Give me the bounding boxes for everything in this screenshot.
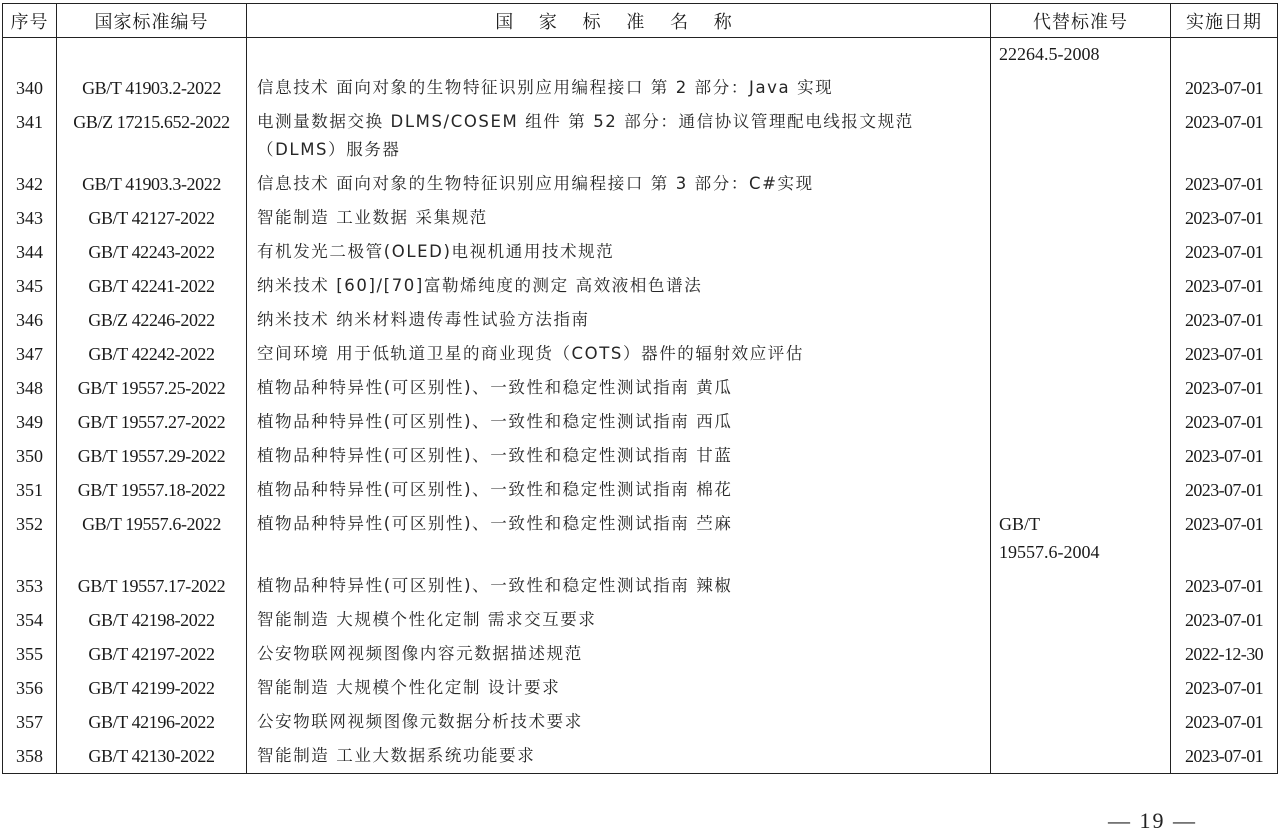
cell-name: 智能制造 大规模个性化定制 设计要求 — [247, 668, 991, 702]
cell-replaced — [991, 600, 1171, 634]
cell-name: 植物品种特异性(可区别性)、一致性和稳定性测试指南 甘蓝 — [247, 436, 991, 470]
cell-seq: 350 — [3, 436, 57, 470]
cell-seq: 353 — [3, 566, 57, 600]
cell-replaced — [991, 300, 1171, 334]
cell-replaced — [991, 402, 1171, 436]
cell-name: 有机发光二极管(OLED)电视机通用技术规范 — [247, 232, 991, 266]
table-row: 352GB/T 19557.6-2022植物品种特异性(可区别性)、一致性和稳定… — [3, 504, 1278, 566]
cell-name: 智能制造 大规模个性化定制 需求交互要求 — [247, 600, 991, 634]
cell-seq: 348 — [3, 368, 57, 402]
cell-name: 植物品种特异性(可区别性)、一致性和稳定性测试指南 棉花 — [247, 470, 991, 504]
table-row: 342GB/T 41903.3-2022信息技术 面向对象的生物特征识别应用编程… — [3, 164, 1278, 198]
cell-date: 2023-07-01 — [1171, 702, 1278, 736]
cell-date: 2023-07-01 — [1171, 300, 1278, 334]
cell-replaced — [991, 736, 1171, 774]
cell-replaced — [991, 470, 1171, 504]
cell-code: GB/T 42242-2022 — [57, 334, 247, 368]
cell-replaced — [991, 668, 1171, 702]
cell-name: 纳米技术 纳米材料遗传毒性试验方法指南 — [247, 300, 991, 334]
cell-name: 公安物联网视频图像内容元数据描述规范 — [247, 634, 991, 668]
cell-seq: 358 — [3, 736, 57, 774]
cell-name: 植物品种特异性(可区别性)、一致性和稳定性测试指南 西瓜 — [247, 402, 991, 436]
cell-replaced — [991, 334, 1171, 368]
cell-date: 2023-07-01 — [1171, 368, 1278, 402]
cell-date: 2022-12-30 — [1171, 634, 1278, 668]
cell-code: GB/T 42196-2022 — [57, 702, 247, 736]
cell-seq: 340 — [3, 68, 57, 102]
cell-name: 智能制造 工业大数据系统功能要求 — [247, 736, 991, 774]
table-row: 353GB/T 19557.17-2022植物品种特异性(可区别性)、一致性和稳… — [3, 566, 1278, 600]
cell-seq: 349 — [3, 402, 57, 436]
cell-date: 2023-07-01 — [1171, 402, 1278, 436]
table-row: 357GB/T 42196-2022公安物联网视频图像元数据分析技术要求2023… — [3, 702, 1278, 736]
cell-name: 智能制造 工业数据 采集规范 — [247, 198, 991, 232]
cell-seq: 343 — [3, 198, 57, 232]
table-row: 351GB/T 19557.18-2022植物品种特异性(可区别性)、一致性和稳… — [3, 470, 1278, 504]
table-row: 341GB/Z 17215.652-2022电测量数据交换 DLMS/COSEM… — [3, 102, 1278, 164]
cell-code: GB/T 19557.6-2022 — [57, 504, 247, 566]
cell-replaced: 22264.5-2008 — [991, 38, 1171, 69]
cell-date: 2023-07-01 — [1171, 736, 1278, 774]
cell-code: GB/Z 42246-2022 — [57, 300, 247, 334]
table-row: 350GB/T 19557.29-2022植物品种特异性(可区别性)、一致性和稳… — [3, 436, 1278, 470]
cell-code: GB/T 41903.2-2022 — [57, 68, 247, 102]
cell-code: GB/T 19557.27-2022 — [57, 402, 247, 436]
cell-date: 2023-07-01 — [1171, 600, 1278, 634]
table-row: 340GB/T 41903.2-2022信息技术 面向对象的生物特征识别应用编程… — [3, 68, 1278, 102]
cell-date: 2023-07-01 — [1171, 470, 1278, 504]
cell-seq: 352 — [3, 504, 57, 566]
header-replaced: 代替标准号 — [991, 4, 1171, 38]
header-seq: 序号 — [3, 4, 57, 38]
cell-name: 空间环境 用于低轨道卫星的商业现货（COTS）器件的辐射效应评估 — [247, 334, 991, 368]
cell-name: 信息技术 面向对象的生物特征识别应用编程接口 第 2 部分：Java 实现 — [247, 68, 991, 102]
cell-seq: 355 — [3, 634, 57, 668]
cell-code — [57, 38, 247, 69]
page-number: — 19 — — [1108, 808, 1197, 834]
cell-code: GB/T 42241-2022 — [57, 266, 247, 300]
cell-name: 植物品种特异性(可区别性)、一致性和稳定性测试指南 苎麻 — [247, 504, 991, 566]
cell-seq: 347 — [3, 334, 57, 368]
cell-date: 2023-07-01 — [1171, 668, 1278, 702]
cell-seq: 356 — [3, 668, 57, 702]
cell-code: GB/T 19557.18-2022 — [57, 470, 247, 504]
cell-seq — [3, 38, 57, 69]
cell-date: 2023-07-01 — [1171, 566, 1278, 600]
cell-code: GB/Z 17215.652-2022 — [57, 102, 247, 164]
table-row: 355GB/T 42197-2022公安物联网视频图像内容元数据描述规范2022… — [3, 634, 1278, 668]
cell-date: 2023-07-01 — [1171, 232, 1278, 266]
table-row: 344GB/T 42243-2022有机发光二极管(OLED)电视机通用技术规范… — [3, 232, 1278, 266]
cell-name: 纳米技术 [60]/[70]富勒烯纯度的测定 高效液相色谱法 — [247, 266, 991, 300]
cell-name: 信息技术 面向对象的生物特征识别应用编程接口 第 3 部分：C#实现 — [247, 164, 991, 198]
cell-name: 电测量数据交换 DLMS/COSEM 组件 第 52 部分：通信协议管理配电线报… — [247, 102, 991, 164]
cell-code: GB/T 19557.25-2022 — [57, 368, 247, 402]
cell-seq: 342 — [3, 164, 57, 198]
table-row: 356GB/T 42199-2022智能制造 大规模个性化定制 设计要求2023… — [3, 668, 1278, 702]
header-date: 实施日期 — [1171, 4, 1278, 38]
table-row: 346GB/Z 42246-2022纳米技术 纳米材料遗传毒性试验方法指南202… — [3, 300, 1278, 334]
cell-replaced — [991, 164, 1171, 198]
cell-code: GB/T 42127-2022 — [57, 198, 247, 232]
table-row: 343GB/T 42127-2022智能制造 工业数据 采集规范2023-07-… — [3, 198, 1278, 232]
cell-replaced — [991, 68, 1171, 102]
cell-date: 2023-07-01 — [1171, 102, 1278, 164]
table-row: 345GB/T 42241-2022纳米技术 [60]/[70]富勒烯纯度的测定… — [3, 266, 1278, 300]
cell-date: 2023-07-01 — [1171, 334, 1278, 368]
cell-code: GB/T 42243-2022 — [57, 232, 247, 266]
header-name: 国 家 标 准 名 称 — [247, 4, 991, 38]
cell-replaced — [991, 368, 1171, 402]
cell-replaced — [991, 102, 1171, 164]
cell-seq: 351 — [3, 470, 57, 504]
cell-seq: 357 — [3, 702, 57, 736]
table-row: 358GB/T 42130-2022智能制造 工业大数据系统功能要求2023-0… — [3, 736, 1278, 774]
cell-code: GB/T 19557.29-2022 — [57, 436, 247, 470]
cell-code: GB/T 42130-2022 — [57, 736, 247, 774]
cell-code: GB/T 42198-2022 — [57, 600, 247, 634]
cell-code: GB/T 41903.3-2022 — [57, 164, 247, 198]
table-row: 348GB/T 19557.25-2022植物品种特异性(可区别性)、一致性和稳… — [3, 368, 1278, 402]
cell-replaced — [991, 266, 1171, 300]
cell-seq: 341 — [3, 102, 57, 164]
cell-replaced — [991, 566, 1171, 600]
cell-date: 2023-07-01 — [1171, 198, 1278, 232]
cell-date: 2023-07-01 — [1171, 266, 1278, 300]
cell-date: 2023-07-01 — [1171, 164, 1278, 198]
cell-replaced — [991, 634, 1171, 668]
table-row: 349GB/T 19557.27-2022植物品种特异性(可区别性)、一致性和稳… — [3, 402, 1278, 436]
standards-table: 序号 国家标准编号 国 家 标 准 名 称 代替标准号 实施日期 22264.5… — [2, 3, 1278, 774]
cell-seq: 346 — [3, 300, 57, 334]
cell-date: 2023-07-01 — [1171, 436, 1278, 470]
cell-replaced — [991, 436, 1171, 470]
table-header-row: 序号 国家标准编号 国 家 标 准 名 称 代替标准号 实施日期 — [3, 4, 1278, 38]
table-row: 347GB/T 42242-2022空间环境 用于低轨道卫星的商业现货（COTS… — [3, 334, 1278, 368]
cell-seq: 345 — [3, 266, 57, 300]
cell-name: 植物品种特异性(可区别性)、一致性和稳定性测试指南 黄瓜 — [247, 368, 991, 402]
cell-seq: 354 — [3, 600, 57, 634]
cell-date — [1171, 38, 1278, 69]
cell-date: 2023-07-01 — [1171, 504, 1278, 566]
table-row: 354GB/T 42198-2022智能制造 大规模个性化定制 需求交互要求20… — [3, 600, 1278, 634]
header-code: 国家标准编号 — [57, 4, 247, 38]
cell-seq: 344 — [3, 232, 57, 266]
cell-code: GB/T 42199-2022 — [57, 668, 247, 702]
cell-name: 植物品种特异性(可区别性)、一致性和稳定性测试指南 辣椒 — [247, 566, 991, 600]
cell-name: 公安物联网视频图像元数据分析技术要求 — [247, 702, 991, 736]
document-page: 序号 国家标准编号 国 家 标 准 名 称 代替标准号 实施日期 22264.5… — [2, 3, 1277, 774]
cell-code: GB/T 42197-2022 — [57, 634, 247, 668]
cell-replaced — [991, 702, 1171, 736]
cell-replaced — [991, 232, 1171, 266]
cell-replaced — [991, 198, 1171, 232]
cell-code: GB/T 19557.17-2022 — [57, 566, 247, 600]
cell-replaced: GB/T 19557.6-2004 — [991, 504, 1171, 566]
continuation-row: 22264.5-2008 — [3, 38, 1278, 69]
cell-date: 2023-07-01 — [1171, 68, 1278, 102]
cell-name — [247, 38, 991, 69]
